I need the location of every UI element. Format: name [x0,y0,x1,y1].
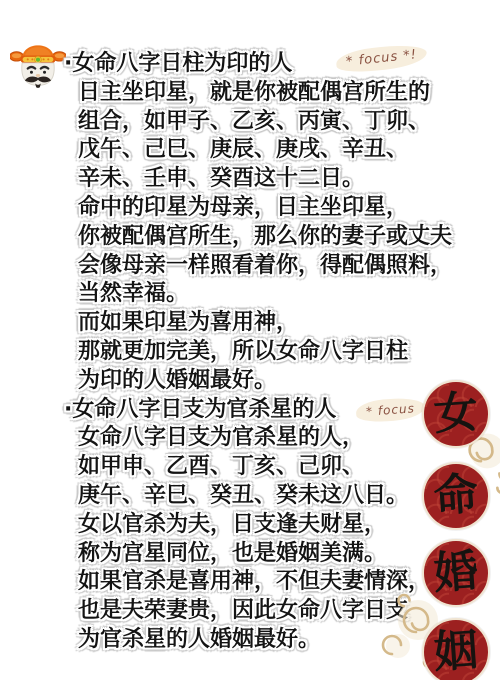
article-line: 女命八字日支为官杀星的人， [64,424,474,453]
article-line: 组合，如甲子、乙亥、丙寅、丁卯、 [64,108,474,137]
article-line: 会像母亲一样照看着你，得配偶照料， [64,252,474,281]
article-line: 称为宫星同位，也是婚姻美满。 [64,540,474,569]
cloud-ornament-icon [378,584,462,670]
cloud-ornament-icon [452,416,500,494]
article-line: 辛未、壬申、癸酉这十二日。 [64,165,474,194]
article-line: 戊午、己巳、庚辰、庚戌、辛丑、 [64,136,474,165]
article-line: 命中的印星为母亲，日主坐印星， [64,194,474,223]
article-line: 那就更加完美，所以女命八字日柱 [64,338,474,367]
article-line: ·女命八字日支为官杀星的人 [64,396,474,425]
article-line: 女以官杀为夫，日支逢夫财星， [64,511,474,540]
article-line: 如甲申、乙酉、丁亥、己卯、 [64,453,474,482]
article-line: 为印的人婚姻最好。 [64,367,474,396]
article-line: 日主坐印星，就是你被配偶宫所生的 [64,79,474,108]
article-text: ·女命八字日柱为印的人 日主坐印星，就是你被配偶宫所生的 组合，如甲子、乙亥、丙… [64,50,474,655]
article-line: 当然幸福。 [64,280,474,309]
article-line: 庚午、辛巳、癸丑、癸未这八日。 [64,482,474,511]
article-line: 你被配偶宫所生，那么你的妻子或丈夫 [64,223,474,252]
article-line: ·女命八字日柱为印的人 [64,50,474,79]
bazi-marriage-poster: * focus *! * focus ·女命八字日柱为印的人 日主坐印星，就是你… [0,0,500,680]
article-line: 而如果印星为喜用神， [64,309,474,338]
god-of-wealth-mascot-icon [10,34,66,90]
